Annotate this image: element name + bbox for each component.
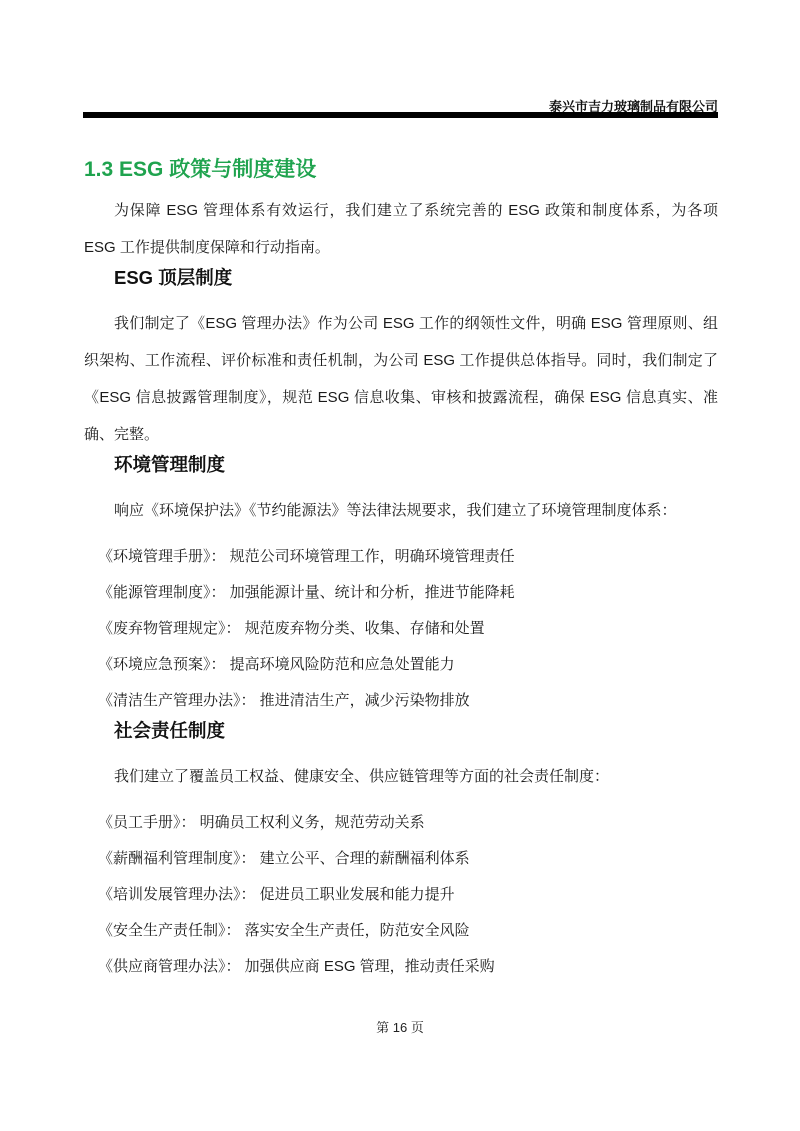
paragraph-social-responsibility-policy: 我们建立了覆盖员工权益、健康安全、供应链管理等方面的社会责任制度：: [84, 758, 718, 795]
list-item: 《员工手册》： 明确员工权利义务，规范劳动关系: [84, 805, 718, 841]
page-title: 1.3 ESG 政策与制度建设: [84, 157, 718, 183]
list-item: 《环境管理手册》： 规范公司环境管理工作，明确环境管理责任: [84, 539, 718, 575]
page-number: 第 16 页: [376, 1020, 424, 1035]
document-page: 泰兴市吉力玻璃制品有限公司 1.3 ESG 政策与制度建设 为保障 ESG 管理…: [0, 0, 800, 1131]
list-item: 《环境应急预案》： 提高环境风险防范和应急处置能力: [84, 647, 718, 683]
page-footer: 第 16 页: [0, 1017, 800, 1036]
intro-paragraph: 为保障 ESG 管理体系有效运行，我们建立了系统完善的 ESG 政策和制度体系，…: [84, 192, 718, 266]
list-item: 《清洁生产管理办法》： 推进清洁生产，减少污染物排放: [84, 683, 718, 719]
list-item: 《供应商管理办法》： 加强供应商 ESG 管理，推动责任采购: [84, 949, 718, 985]
heading-social-responsibility-policy: 社会责任制度: [114, 719, 718, 743]
paragraph-environment-policy: 响应《环境保护法》《节约能源法》等法律法规要求，我们建立了环境管理制度体系：: [84, 492, 718, 529]
heading-esg-top-level-policy: ESG 顶层制度: [114, 266, 718, 290]
environment-policy-list: 《环境管理手册》： 规范公司环境管理工作，明确环境管理责任 《能源管理制度》： …: [84, 539, 718, 719]
list-item: 《安全生产责任制》： 落实安全生产责任，防范安全风险: [84, 913, 718, 949]
heading-environment-policy: 环境管理制度: [114, 453, 718, 477]
list-item: 《薪酬福利管理制度》： 建立公平、合理的薪酬福利体系: [84, 841, 718, 877]
list-item: 《废弃物管理规定》： 规范废弃物分类、收集、存储和处置: [84, 611, 718, 647]
document-content: 1.3 ESG 政策与制度建设 为保障 ESG 管理体系有效运行，我们建立了系统…: [84, 157, 718, 985]
list-item: 《能源管理制度》： 加强能源计量、统计和分析，推进节能降耗: [84, 575, 718, 611]
social-policy-list: 《员工手册》： 明确员工权利义务，规范劳动关系 《薪酬福利管理制度》： 建立公平…: [84, 805, 718, 985]
list-item: 《培训发展管理办法》： 促进员工职业发展和能力提升: [84, 877, 718, 913]
header-rule: [83, 112, 718, 118]
paragraph-esg-top-level-policy: 我们制定了《ESG 管理办法》作为公司 ESG 工作的纲领性文件，明确 ESG …: [84, 305, 718, 453]
